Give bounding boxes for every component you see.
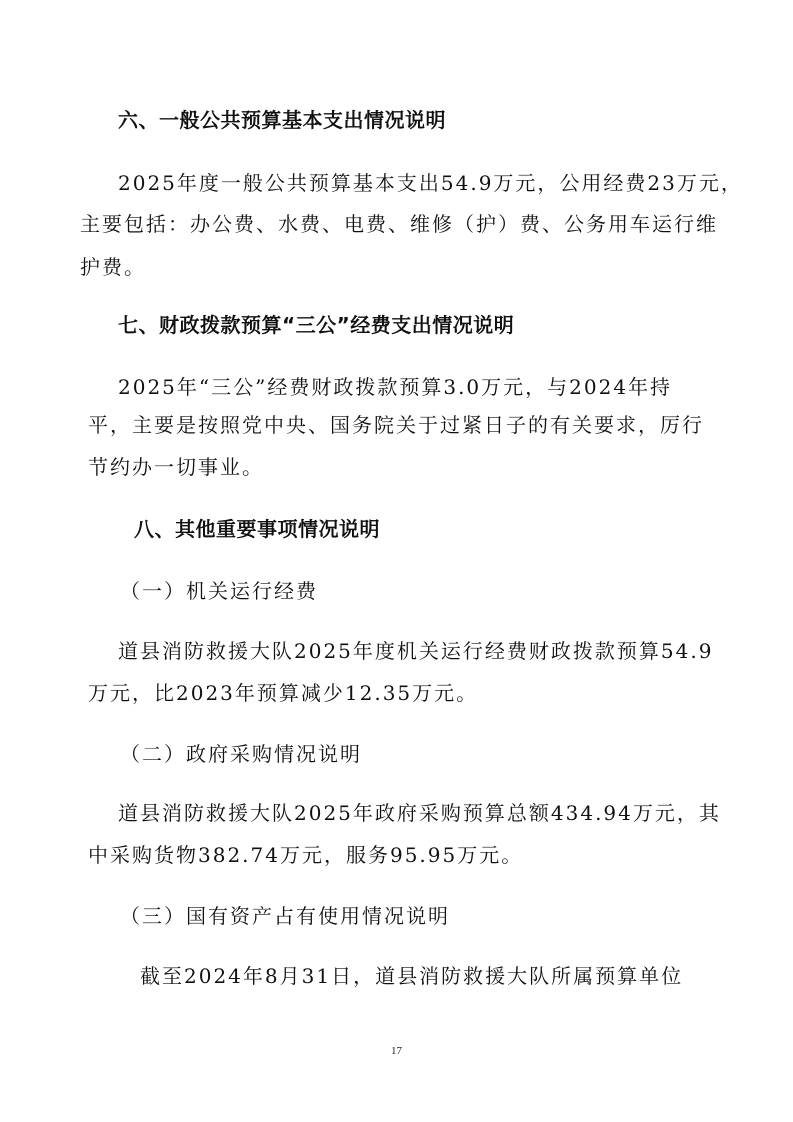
section-six-line-2: 主要包括：办公费、水费、电费、维修（护）费、公务用车运行维 — [80, 211, 718, 237]
subsection-two-line-1: 道县消防救援大队2025年政府采购预算总额434.94万元，其 — [118, 800, 721, 826]
section-six-heading: 六、一般公共预算基本支出情况说明 — [118, 107, 446, 133]
subsection-one-line-2: 万元，比2023年预算减少12.35万元。 — [88, 680, 478, 706]
subsection-three-line-1: 截至2024年8月31日，道县消防救援大队所属预算单位 — [140, 963, 683, 989]
subsection-two-line-2: 中采购货物382.74万元，服务95.95万元。 — [88, 842, 523, 868]
section-seven-heading: 七、财政拨款预算“三公”经费支出情况说明 — [118, 312, 514, 338]
section-seven-line-3: 节约办一切事业。 — [88, 454, 264, 480]
subsection-one-line-1: 道县消防救援大队2025年度机关运行经费财政拨款预算54.9 — [118, 638, 713, 664]
section-six-line-1: 2025年度一般公共预算基本支出54.9万元，公用经费23万元， — [118, 170, 743, 196]
subsection-three-heading: （三）国有资产占有使用情况说明 — [120, 903, 450, 929]
subsection-one-heading: （一）机关运行经费 — [120, 578, 318, 604]
page-number: 17 — [0, 1045, 793, 1057]
subsection-two-heading: （二）政府采购情况说明 — [120, 741, 362, 767]
section-seven-line-2: 平，主要是按照党中央、国务院关于过紧日子的有关要求，厉行 — [88, 412, 704, 438]
section-eight-heading: 八、其他重要事项情况说明 — [134, 516, 380, 542]
section-six-line-3: 护费。 — [80, 254, 146, 280]
section-seven-line-1: 2025年“三公”经费财政拨款预算3.0万元，与2024年持 — [118, 374, 672, 400]
